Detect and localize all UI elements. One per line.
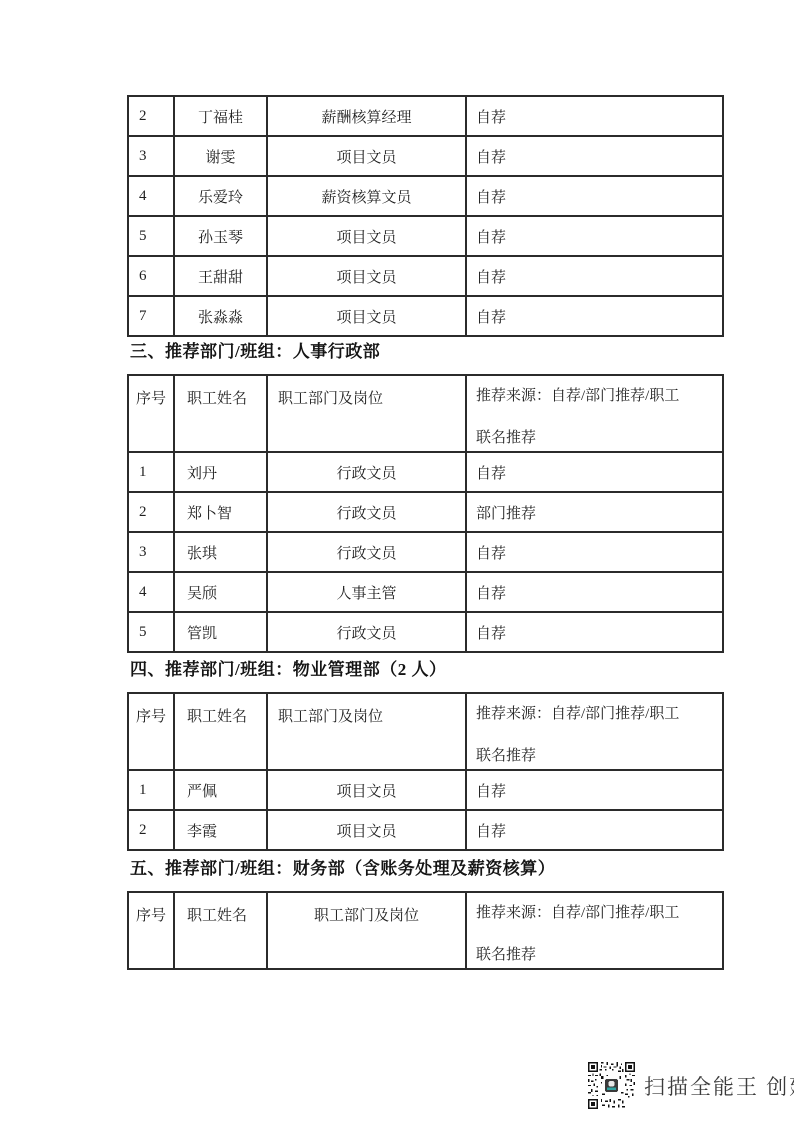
row-number: 3: [128, 136, 174, 176]
property-mgmt-table: 序号 职工姓名 职工部门及岗位 推荐来源：自荐/部门推荐/职工 联名推荐 1 严…: [127, 692, 724, 851]
header-position: 职工部门及岗位: [267, 693, 466, 770]
row-number: 5: [128, 216, 174, 256]
employee-name: 李霞: [174, 810, 267, 850]
employee-name: 张琪: [174, 532, 267, 572]
recommendation-source: 部门推荐: [466, 492, 723, 532]
header-source: 推荐来源：自荐/部门推荐/职工 联名推荐: [466, 892, 723, 969]
table-header-row: 序号 职工姓名 职工部门及岗位 推荐来源：自荐/部门推荐/职工 联名推荐: [128, 375, 723, 452]
table-row: 4 乐爱玲 薪资核算文员 自荐: [128, 176, 723, 216]
row-number: 5: [128, 612, 174, 652]
employee-position: 项目文员: [267, 216, 466, 256]
scanned-document-page: 2 丁福桂 薪酬核算经理 自荐 3 谢雯 项目文员 自荐 4 乐爱玲 薪资核算文…: [0, 0, 794, 1123]
employee-position: 行政文员: [267, 452, 466, 492]
table-row: 3 谢雯 项目文员 自荐: [128, 136, 723, 176]
table-row: 1 严佩 项目文员 自荐: [128, 770, 723, 810]
employee-position: 项目文员: [267, 136, 466, 176]
header-no: 序号: [128, 375, 174, 452]
table-row: 5 孙玉琴 项目文员 自荐: [128, 216, 723, 256]
employee-name: 王甜甜: [174, 256, 267, 296]
table-row: 3 张琪 行政文员 自荐: [128, 532, 723, 572]
employee-position: 行政文员: [267, 612, 466, 652]
qr-logo-accent: [607, 1088, 616, 1091]
employee-position: 项目文员: [267, 770, 466, 810]
employee-name: 刘丹: [174, 452, 267, 492]
header-source-line1: 推荐来源：自荐/部门推荐/职工: [476, 904, 722, 922]
scanner-watermark: 扫描全能王 创建: [588, 1062, 794, 1109]
row-number: 1: [128, 452, 174, 492]
recommendation-source: 自荐: [466, 216, 723, 256]
finance-table: 序号 职工姓名 职工部门及岗位 推荐来源：自荐/部门推荐/职工 联名推荐: [127, 891, 724, 970]
table-header-row: 序号 职工姓名 职工部门及岗位 推荐来源：自荐/部门推荐/职工 联名推荐: [128, 693, 723, 770]
recommendation-source: 自荐: [466, 532, 723, 572]
table-row: 7 张淼淼 项目文员 自荐: [128, 296, 723, 336]
employee-name: 孙玉琴: [174, 216, 267, 256]
recommendation-source: 自荐: [466, 452, 723, 492]
header-source-line1: 推荐来源：自荐/部门推荐/职工: [476, 387, 722, 405]
employee-name: 严佩: [174, 770, 267, 810]
table-row: 6 王甜甜 项目文员 自荐: [128, 256, 723, 296]
table-row: 1 刘丹 行政文员 自荐: [128, 452, 723, 492]
employee-name: 谢雯: [174, 136, 267, 176]
header-name: 职工姓名: [174, 375, 267, 452]
continuation-table: 2 丁福桂 薪酬核算经理 自荐 3 谢雯 项目文员 自荐 4 乐爱玲 薪资核算文…: [127, 95, 724, 337]
header-source-line2: 联名推荐: [476, 747, 722, 765]
header-source: 推荐来源：自荐/部门推荐/职工 联名推荐: [466, 375, 723, 452]
employee-name: 吴颀: [174, 572, 267, 612]
employee-name: 丁福桂: [174, 96, 267, 136]
header-position: 职工部门及岗位: [267, 375, 466, 452]
employee-position: 薪酬核算经理: [267, 96, 466, 136]
header-position: 职工部门及岗位: [267, 892, 466, 969]
employee-position: 行政文员: [267, 492, 466, 532]
row-number: 7: [128, 296, 174, 336]
recommendation-source: 自荐: [466, 96, 723, 136]
table-row: 2 郑卜智 行政文员 部门推荐: [128, 492, 723, 532]
hr-admin-table: 序号 职工姓名 职工部门及岗位 推荐来源：自荐/部门推荐/职工 联名推荐 1 刘…: [127, 374, 724, 653]
header-no: 序号: [128, 892, 174, 969]
row-number: 2: [128, 810, 174, 850]
recommendation-source: 自荐: [466, 296, 723, 336]
table-row: 2 丁福桂 薪酬核算经理 自荐: [128, 96, 723, 136]
section-heading-finance: 五、推荐部门/班组：财务部（含账务处理及薪资核算）: [130, 858, 555, 880]
header-source-line1: 推荐来源：自荐/部门推荐/职工: [476, 705, 722, 723]
employee-name: 张淼淼: [174, 296, 267, 336]
row-number: 4: [128, 572, 174, 612]
table-row: 2 李霞 项目文员 自荐: [128, 810, 723, 850]
recommendation-source: 自荐: [466, 572, 723, 612]
employee-position: 项目文员: [267, 296, 466, 336]
section-heading-hr-admin: 三、推荐部门/班组：人事行政部: [130, 341, 380, 363]
header-no: 序号: [128, 693, 174, 770]
table-header-row: 序号 职工姓名 职工部门及岗位 推荐来源：自荐/部门推荐/职工 联名推荐: [128, 892, 723, 969]
recommendation-source: 自荐: [466, 810, 723, 850]
header-source-line2: 联名推荐: [476, 946, 722, 964]
employee-position: 薪资核算文员: [267, 176, 466, 216]
header-source: 推荐来源：自荐/部门推荐/职工 联名推荐: [466, 693, 723, 770]
recommendation-source: 自荐: [466, 612, 723, 652]
employee-position: 项目文员: [267, 810, 466, 850]
recommendation-source: 自荐: [466, 770, 723, 810]
recommendation-source: 自荐: [466, 176, 723, 216]
table-row: 5 管凯 行政文员 自荐: [128, 612, 723, 652]
employee-position: 行政文员: [267, 532, 466, 572]
row-number: 6: [128, 256, 174, 296]
employee-name: 郑卜智: [174, 492, 267, 532]
row-number: 3: [128, 532, 174, 572]
row-number: 1: [128, 770, 174, 810]
recommendation-source: 自荐: [466, 256, 723, 296]
row-number: 2: [128, 492, 174, 532]
qr-code-icon: [588, 1062, 635, 1109]
row-number: 4: [128, 176, 174, 216]
recommendation-source: 自荐: [466, 136, 723, 176]
employee-position: 人事主管: [267, 572, 466, 612]
table-row: 4 吴颀 人事主管 自荐: [128, 572, 723, 612]
employee-name: 管凯: [174, 612, 267, 652]
row-number: 2: [128, 96, 174, 136]
header-source-line2: 联名推荐: [476, 429, 722, 447]
header-name: 职工姓名: [174, 693, 267, 770]
camscanner-watermark-text: 扫描全能王 创建: [644, 1071, 794, 1101]
employee-position: 项目文员: [267, 256, 466, 296]
employee-name: 乐爱玲: [174, 176, 267, 216]
header-name: 职工姓名: [174, 892, 267, 969]
section-heading-property-mgmt: 四、推荐部门/班组：物业管理部（2 人）: [130, 659, 446, 681]
